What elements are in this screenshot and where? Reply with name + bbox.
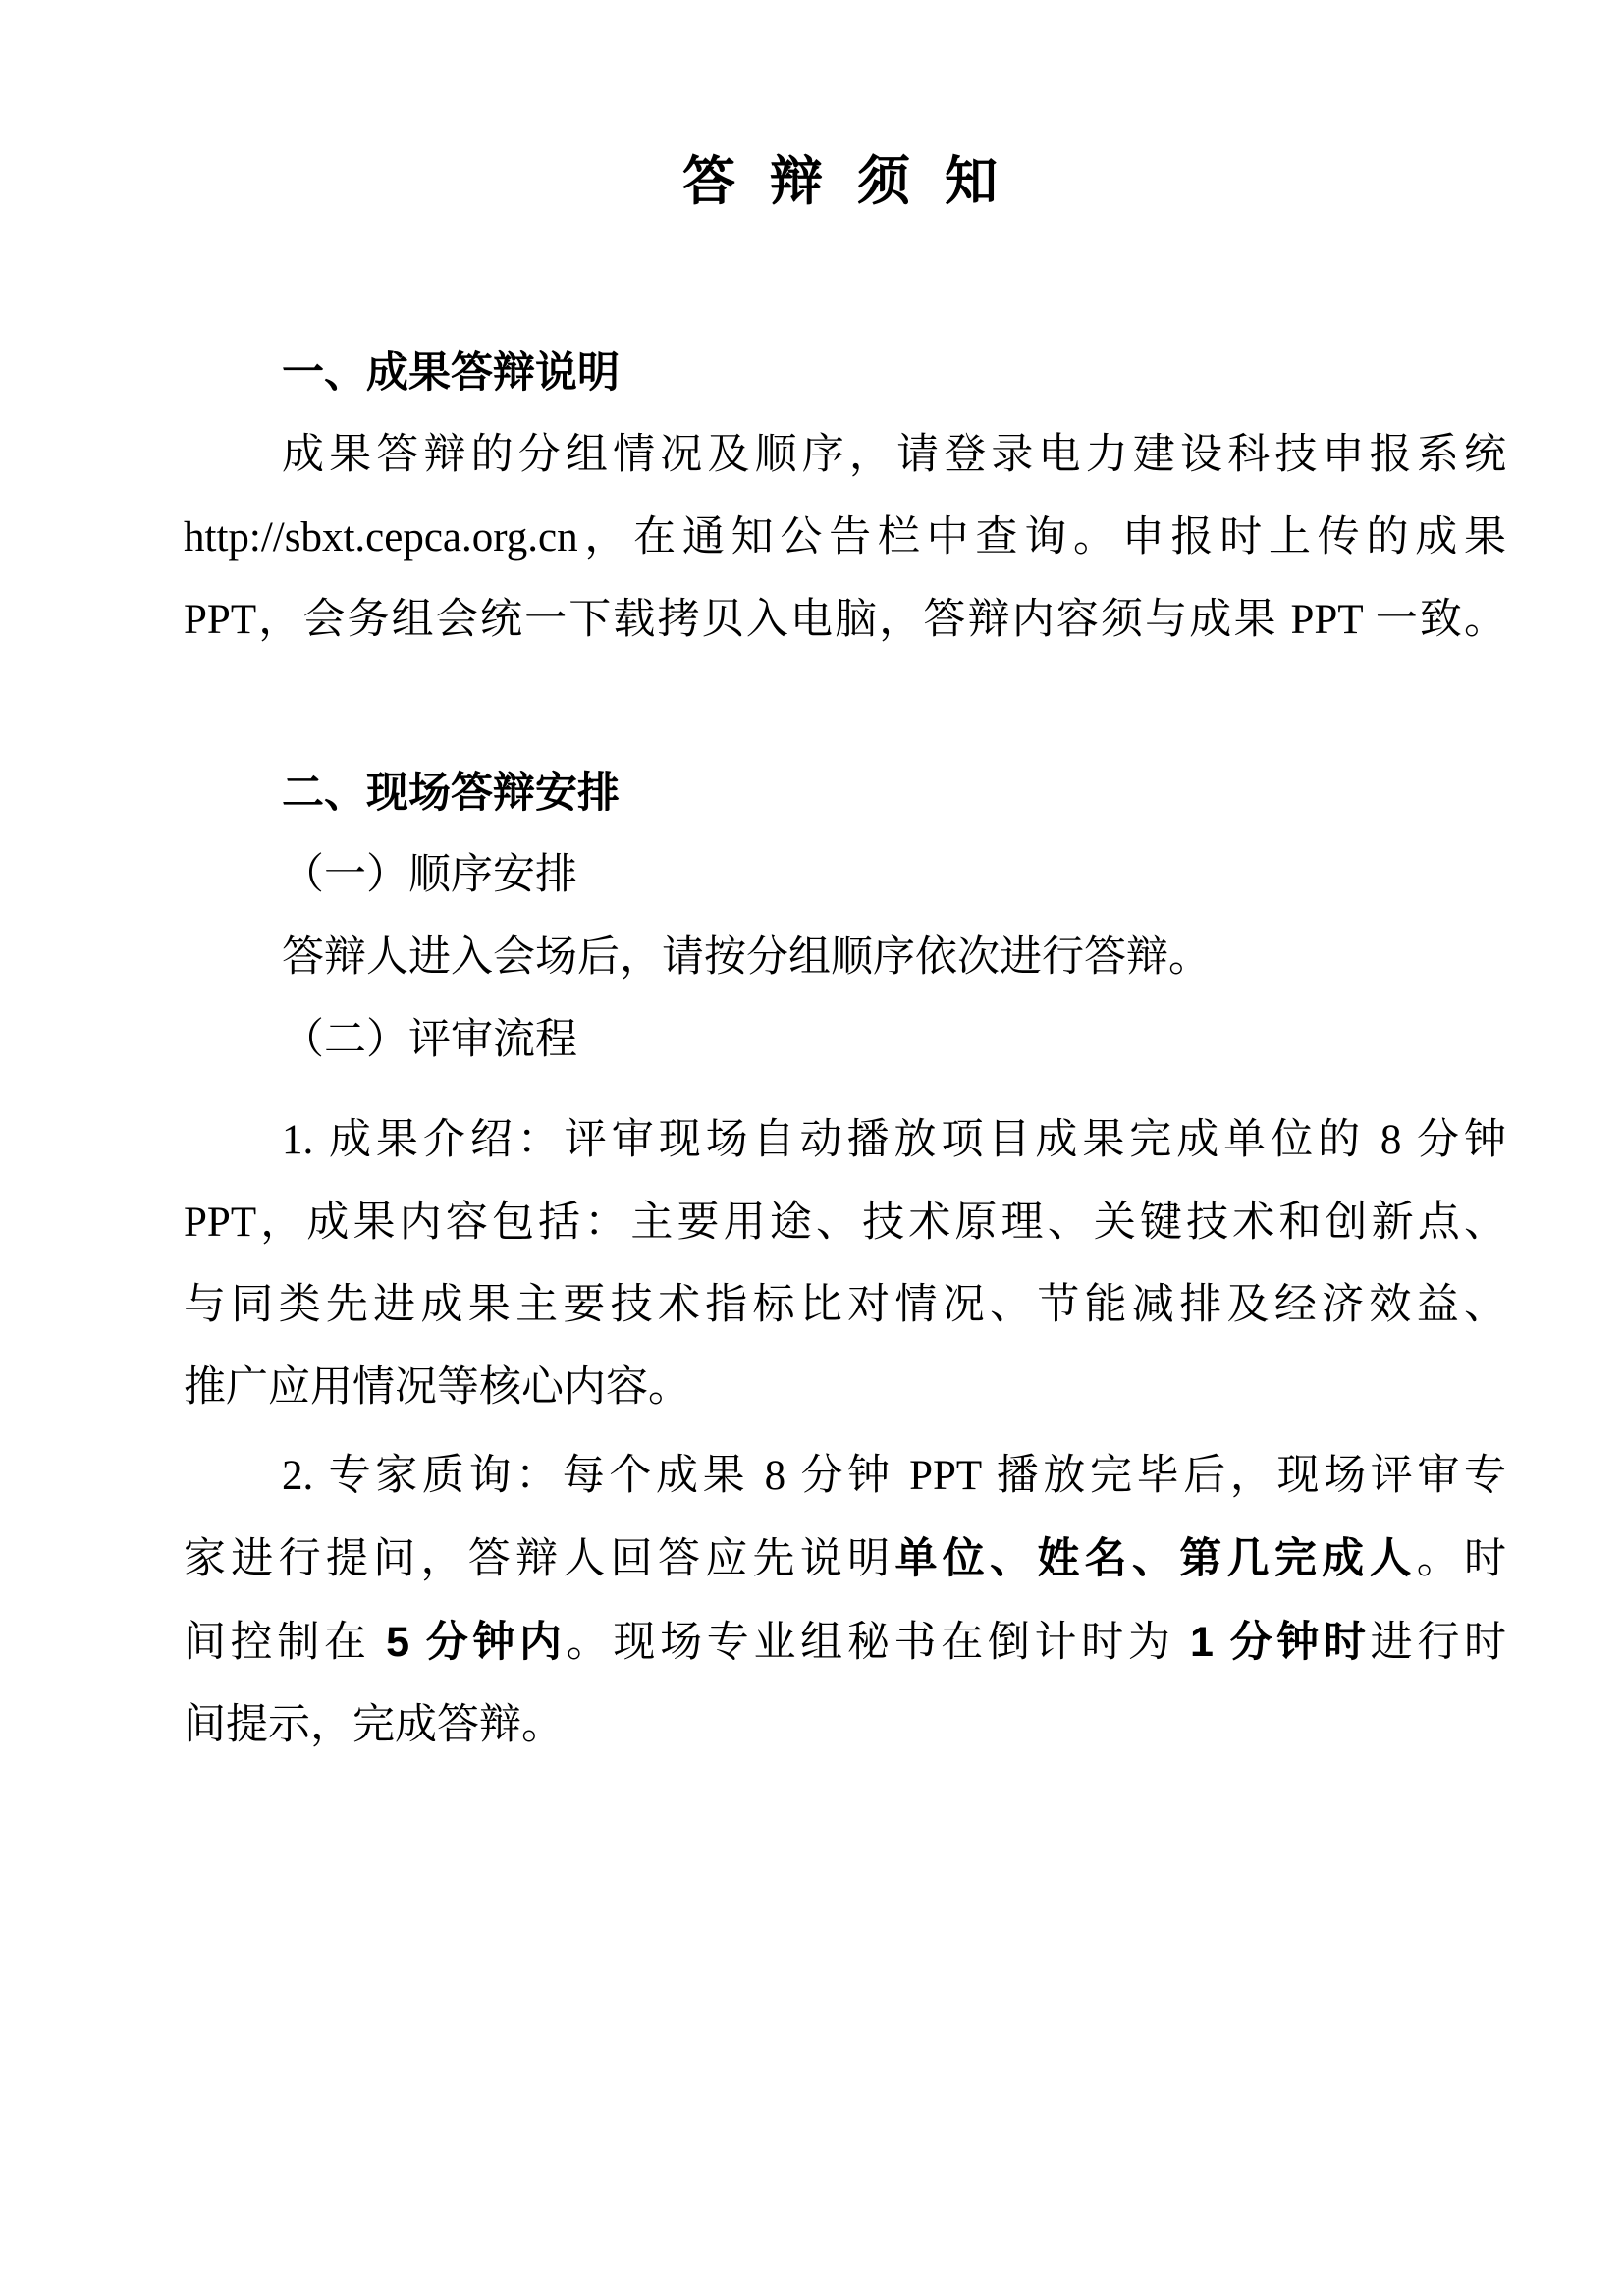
text-run: 。现场专业组秘书在倒计时为 — [567, 1620, 1190, 1666]
section1-paragraph: 成果答辩的分组情况及顺序，请登录电力建设科技申报系统 http://sbxt.c… — [184, 414, 1506, 662]
subsection2-label: （二）评审流程 — [184, 999, 1506, 1082]
review-step1-paragraph: 1. 成果介绍：评审现场自动播放项目成果完成单位的 8 分钟 PPT，成果内容包… — [184, 1099, 1506, 1429]
subsection1-body: 答辩人进入会场后，请按分组顺序依次进行答辩。 — [184, 917, 1506, 999]
text-run: 。时 — [1417, 1536, 1506, 1582]
text-line: 间控制在 5 分钟内。现场专业组秘书在倒计时为 1 分钟时进行时 — [184, 1601, 1506, 1684]
text-line: 间提示，完成答辩。 — [184, 1684, 1506, 1767]
page-content: 答 辩 须 知 一、成果答辩说明 成果答辩的分组情况及顺序，请登录电力建设科技申… — [0, 147, 1624, 1767]
subsection1-label: （一）顺序安排 — [184, 834, 1506, 917]
text-line: http://sbxt.cepca.org.cn，在通知公告栏中查询。申报时上传… — [184, 497, 1506, 579]
page-title: 答 辩 须 知 — [184, 147, 1506, 216]
section2-heading: 二、现场答辩安排 — [184, 752, 1506, 834]
text-line: 成果答辩的分组情况及顺序，请登录电力建设科技申报系统 — [184, 414, 1506, 497]
text-run: 进行时 — [1371, 1620, 1506, 1666]
text-line: PPT，成果内容包括：主要用途、技术原理、关键技术和创新点、 — [184, 1182, 1506, 1264]
text-run: 家进行提问，答辩人回答应先说明 — [184, 1536, 894, 1582]
text-run: 间控制在 — [184, 1620, 386, 1666]
review-step2-paragraph: 2. 专家质询：每个成果 8 分钟 PPT 播放完毕后，现场评审专 家进行提问，… — [184, 1435, 1506, 1767]
section1-heading: 一、成果答辩说明 — [184, 332, 1506, 414]
text-line: 2. 专家质询：每个成果 8 分钟 PPT 播放完毕后，现场评审专 — [184, 1435, 1506, 1518]
text-line: 与同类先进成果主要技术指标比对情况、节能减排及经济效益、 — [184, 1264, 1506, 1347]
bold-text-run: 5 分钟内 — [386, 1619, 567, 1666]
text-line: 推广应用情况等核心内容。 — [184, 1347, 1506, 1429]
document-page: 答 辩 须 知 一、成果答辩说明 成果答辩的分组情况及顺序，请登录电力建设科技申… — [0, 0, 1624, 2296]
bold-text-run: 单位、姓名、第几完成人 — [894, 1535, 1416, 1582]
text-line: PPT，会务组会统一下载拷贝入电脑，答辩内容须与成果 PPT 一致。 — [184, 579, 1506, 662]
bold-text-run: 1 分钟时 — [1190, 1619, 1371, 1666]
text-line: 家进行提问，答辩人回答应先说明单位、姓名、第几完成人。时 — [184, 1518, 1506, 1601]
text-line: 1. 成果介绍：评审现场自动播放项目成果完成单位的 8 分钟 — [184, 1099, 1506, 1182]
